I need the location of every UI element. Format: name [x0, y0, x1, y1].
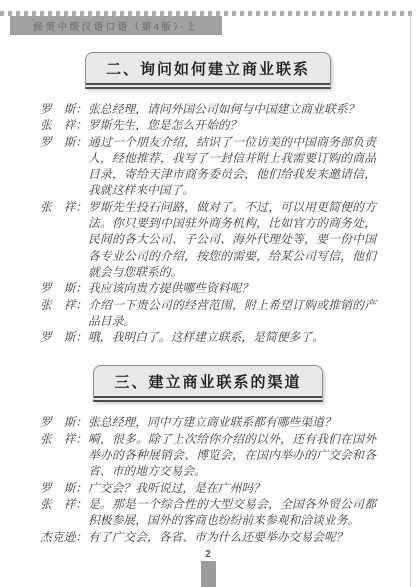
dialogue-utterance: 张 祥： 是。那是一个综合性的大型交易会，全国各外贸公司都积极参展，国外的客商也… [40, 496, 376, 529]
section-title: 三、建立商业联系的渠道 [114, 374, 301, 391]
dialogue-utterance: 罗 斯： 张总经理，同中方建立商业联系都有哪些渠道？ [40, 414, 376, 430]
section-header: 三、建立商业联系的渠道 [0, 365, 416, 402]
lesson-section: 二、询问如何建立商业联系 罗 斯： 张总经理，请问外国公司如何与中国建立商业联系… [0, 52, 416, 345]
section-header: 二、询问如何建立商业联系 [0, 52, 416, 89]
utterance-text: 通过一个朋友介绍，结识了一位访美的中国商务部负责人，经他推荐，我写了一封信并附上… [88, 134, 376, 199]
dialogue-list: 罗 斯： 张总经理，请问外国公司如何与中国建立商业联系？ 张 祥： 罗斯先生，您… [40, 101, 376, 345]
utterance-text: 嗬，很多。除了上次给你介绍的以外，还有我们在国外举办的各种展销会、博览会，在国内… [88, 431, 376, 480]
lesson-section: 三、建立商业联系的渠道 罗 斯： 张总经理，同中方建立商业联系都有哪些渠道？ 张… [0, 365, 416, 544]
utterance-text: 哦，我明白了。这样建立联系，是简便多了。 [88, 329, 376, 345]
dialogue-utterance: 张 祥： 罗斯先生投石问路，做对了。不过，可以用更简便的方法。你只要到中国驻外商… [40, 199, 376, 280]
utterance-text: 张总经理，请问外国公司如何与中国建立商业联系？ [88, 101, 376, 117]
footer-tab-bar [201, 561, 216, 587]
speaker-name: 罗 斯： [40, 480, 88, 496]
dialogue-utterance: 罗 斯： 通过一个朋友介绍，结识了一位访美的中国商务部负责人，经他推荐，我写了一… [40, 134, 376, 199]
utterance-text: 是。那是一个综合性的大型交易会，全国各外贸公司都积极参展，国外的客商也纷纷前来参… [88, 496, 376, 529]
speaker-name: 张 祥： [40, 496, 88, 529]
sections-container: 二、询问如何建立商业联系 罗 斯： 张总经理，请问外国公司如何与中国建立商业联系… [0, 52, 416, 545]
speaker-name: 罗 斯： [40, 280, 88, 296]
speaker-name: 罗 斯： [40, 414, 88, 430]
speaker-name: 杰克逊： [40, 529, 88, 545]
dialogue-list: 罗 斯： 张总经理，同中方建立商业联系都有哪些渠道？ 张 祥： 嗬，很多。除了上… [40, 414, 376, 544]
section-title: 二、询问如何建立商业联系 [106, 61, 310, 78]
utterance-text: 张总经理，同中方建立商业联系都有哪些渠道？ [88, 414, 376, 430]
dialogue-utterance: 张 祥： 罗斯先生，您是怎么开始的？ [40, 117, 376, 133]
utterance-text: 罗斯先生，您是怎么开始的？ [88, 117, 376, 133]
book-title: 经贸中级汉语口语（第4版）·上 [34, 19, 199, 33]
dialogue-utterance: 罗 斯： 我应该向贵方提供哪些资料呢？ [40, 280, 376, 296]
utterance-text: 罗斯先生投石问路，做对了。不过，可以用更简便的方法。你只要到中国驻外商务机构，比… [88, 199, 376, 280]
speaker-name: 张 祥： [40, 199, 88, 280]
page-footer: 2 [0, 549, 416, 587]
dialogue-utterance: 杰克逊： 有了广交会，各省、市为什么还要举办交易会呢？ [40, 529, 376, 545]
utterance-text: 有了广交会，各省、市为什么还要举办交易会呢？ [88, 529, 376, 545]
speaker-name: 罗 斯： [40, 134, 88, 199]
page-content: 二、询问如何建立商业联系 罗 斯： 张总经理，请问外国公司如何与中国建立商业联系… [0, 46, 416, 545]
speaker-name: 罗 斯： [40, 101, 88, 117]
utterance-text: 广交会？我听说过，是在广州吗？ [88, 480, 376, 496]
book-page: 经贸中级汉语口语（第4版）·上 二、询问如何建立商业联系 罗 斯： 张总经理，请… [0, 0, 416, 587]
speaker-name: 张 祥： [40, 431, 88, 480]
section-title-box: 三、建立商业联系的渠道 [93, 365, 322, 402]
dialogue-utterance: 罗 斯： 张总经理，请问外国公司如何与中国建立商业联系？ [40, 101, 376, 117]
speaker-name: 张 祥： [40, 117, 88, 133]
section-title-box: 二、询问如何建立商业联系 [85, 52, 331, 89]
dialogue-utterance: 罗 斯： 哦，我明白了。这样建立联系，是简便多了。 [40, 329, 376, 345]
utterance-text: 介绍一下贵公司的经营范围，附上希望订购或推销的产品目录。 [88, 297, 376, 330]
dialogue-utterance: 罗 斯： 广交会？我听说过，是在广州吗？ [40, 480, 376, 496]
page-number: 2 [0, 549, 416, 560]
page-header-bar: 经贸中级汉语口语（第4版）·上 [10, 16, 222, 35]
speaker-name: 罗 斯： [40, 329, 88, 345]
dialogue-utterance: 张 祥： 介绍一下贵公司的经营范围，附上希望订购或推销的产品目录。 [40, 297, 376, 330]
speaker-name: 张 祥： [40, 297, 88, 330]
utterance-text: 我应该向贵方提供哪些资料呢？ [88, 280, 376, 296]
dialogue-utterance: 张 祥： 嗬，很多。除了上次给你介绍的以外，还有我们在国外举办的各种展销会、博览… [40, 431, 376, 480]
